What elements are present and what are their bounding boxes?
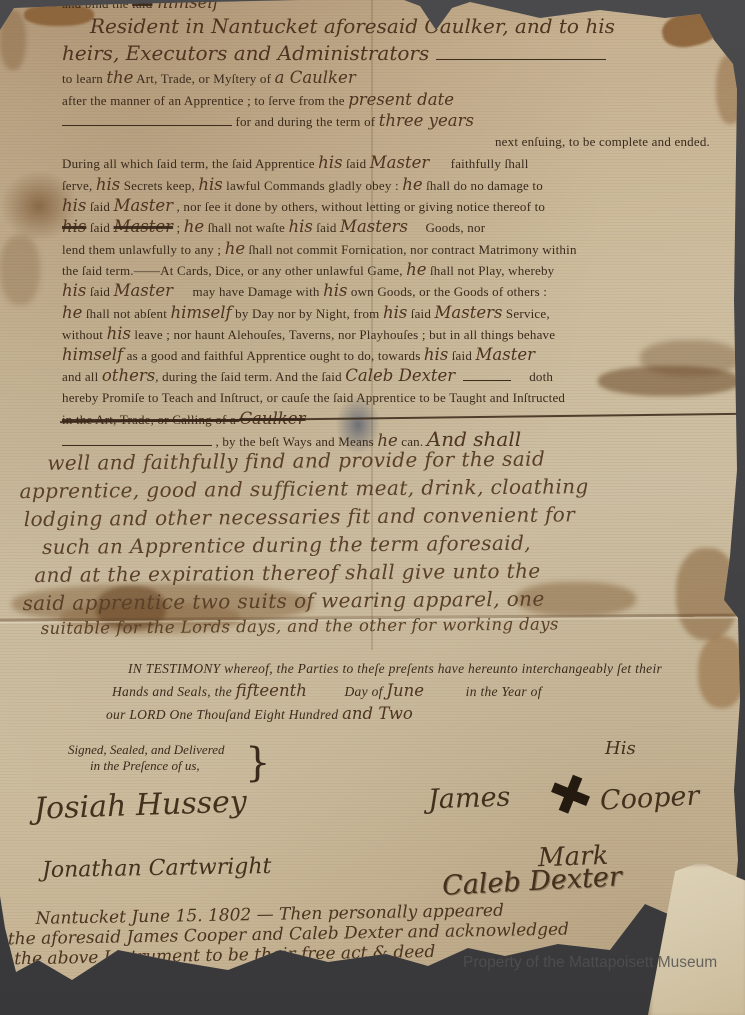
indenture-body: and bind the ſaid himselfResident in Nan… bbox=[62, 0, 722, 451]
handwritten-text: Master bbox=[370, 153, 429, 172]
indenture-line: his ſaid Master , nor ſee it done by oth… bbox=[62, 195, 722, 216]
printed-italic-text: our LORD One Thouſand Eight Hundred bbox=[106, 707, 342, 722]
spacing-gap bbox=[429, 167, 447, 168]
blank-rule bbox=[463, 370, 511, 381]
printed-text: may have Damage with bbox=[189, 284, 323, 299]
printed-text: without bbox=[62, 327, 107, 342]
handwritten-text: and Two bbox=[342, 704, 413, 723]
printed-italic-text: IN TESTIMONY whereof, the Parties to the… bbox=[128, 661, 662, 676]
printed-italic-text: in the Year of bbox=[462, 684, 542, 699]
handwritten-text: his bbox=[107, 324, 131, 343]
indenture-line: Resident in Nantucket aforesaid Caulker,… bbox=[62, 13, 722, 40]
printed-text: leave ; nor haunt Alehouſes, Taverns, no… bbox=[131, 327, 555, 342]
handwritten-text: he bbox=[184, 217, 204, 236]
spacing-gap bbox=[307, 695, 341, 696]
printed-italic-text: Hands and Seals, the bbox=[112, 684, 236, 699]
printed-text: ſhall not commit Fornication, nor contra… bbox=[245, 242, 577, 257]
blank-rule bbox=[436, 49, 606, 60]
printed-text: own Goods, or the Goods of others : bbox=[347, 284, 547, 299]
witness-attestation: Signed, Sealed, and Delivered in the Pre… bbox=[68, 742, 225, 774]
indenture-line: without his leave ; nor haunt Alehouſes,… bbox=[62, 323, 722, 344]
handwritten-text: he bbox=[406, 260, 426, 279]
indenture-line: himself as a good and faithful Apprentic… bbox=[62, 344, 722, 365]
printed-text: lend them unlawfully to any ; bbox=[62, 242, 225, 257]
indenture-line: lend them unlawfully to any ; he ſhall n… bbox=[62, 238, 722, 259]
printed-text: ſaid bbox=[313, 220, 340, 235]
handwritten-text: his bbox=[62, 281, 86, 300]
testimony-clause: IN TESTIMONY whereof, the Parties to the… bbox=[100, 658, 700, 725]
printed-text: ſhall not abſent bbox=[82, 306, 170, 321]
testimony-line: our LORD One Thouſand Eight Hundred and … bbox=[100, 703, 700, 725]
signature-james: James bbox=[427, 782, 510, 816]
handwritten-text: he bbox=[402, 175, 422, 194]
document-paper: and bind the ſaid himselfResident in Nan… bbox=[0, 0, 745, 1015]
handwritten-text-large: Resident in Nantucket aforesaid Caulker,… bbox=[90, 14, 615, 38]
scanned-document-view: and bind the ſaid himselfResident in Nan… bbox=[0, 0, 745, 1015]
blank-rule bbox=[62, 435, 212, 446]
witness-attestation-line1: Signed, Sealed, and Delivered bbox=[68, 742, 225, 758]
handwritten-text: his bbox=[288, 217, 312, 236]
indenture-line: next enſuing, to be complete and ended. bbox=[62, 131, 710, 152]
handwritten-text: Master bbox=[114, 281, 173, 300]
indenture-line: to learn the Art, Trade, or Myſtery of a… bbox=[62, 67, 722, 88]
printed-text: ſaid bbox=[86, 284, 113, 299]
printed-text: by Day nor by Night, from bbox=[232, 306, 383, 321]
handwritten-text: present date bbox=[348, 90, 454, 109]
handwritten-text-struck: Master bbox=[114, 217, 173, 236]
printed-text: Service, bbox=[502, 306, 549, 321]
indenture-line: and bind the ſaid himself bbox=[62, 0, 722, 13]
printed-text: ſaid bbox=[86, 199, 113, 214]
indenture-line: for and during the term of three years bbox=[62, 110, 722, 131]
printed-text: During all which ſaid term, the ſaid App… bbox=[62, 156, 318, 171]
printed-italic-text: Day of bbox=[341, 684, 387, 699]
indenture-line: after the manner of an Apprentice ; to ſ… bbox=[62, 89, 722, 110]
spacing-gap bbox=[424, 695, 462, 696]
printed-text: for and during the term of bbox=[232, 114, 379, 129]
signature-cooper: Cooper bbox=[599, 780, 700, 816]
his-mark-label-top: His bbox=[605, 738, 636, 759]
attestation-brace: } bbox=[245, 740, 270, 786]
handwritten-text: Masters bbox=[435, 303, 503, 322]
handwritten-text: the bbox=[106, 68, 133, 87]
handwritten-text: three years bbox=[379, 111, 474, 130]
printed-text: and all bbox=[62, 369, 102, 384]
printed-text: next enſuing, to be complete and ended. bbox=[495, 134, 710, 149]
signature-witness-jonathan: Jonathan Cartwright bbox=[42, 854, 272, 883]
indenture-line: the ſaid term.——At Cards, Dice, or any o… bbox=[62, 259, 722, 280]
handwritten-text: his bbox=[318, 153, 342, 172]
handwritten-text: Master bbox=[114, 196, 173, 215]
handwritten-text: his bbox=[424, 345, 448, 364]
printed-text: to learn bbox=[62, 71, 106, 86]
handwritten-text: Master bbox=[476, 345, 535, 364]
indenture-line: hereby Promiſe to Teach and Inſtruct, or… bbox=[62, 387, 722, 408]
printed-text: ſhall not waſte bbox=[204, 220, 288, 235]
handwritten-text-struck: his bbox=[62, 217, 86, 236]
printed-text: , during the ſaid term. And the ſaid bbox=[155, 369, 345, 384]
printed-text: ſhall do no damage to bbox=[423, 178, 543, 193]
printed-text: doth bbox=[529, 369, 553, 384]
testimony-line: IN TESTIMONY whereof, the Parties to the… bbox=[100, 658, 700, 680]
printed-text: after the manner of an Apprentice ; to ſ… bbox=[62, 93, 348, 108]
printed-text: ſaid bbox=[86, 220, 113, 235]
handwritten-text: June bbox=[386, 681, 424, 700]
printed-text: hereby Promiſe to Teach and Inſtruct, or… bbox=[62, 390, 565, 405]
handwritten-text-large: heirs, Executors and Administrators bbox=[62, 41, 436, 65]
printed-text: faithfully ſhall bbox=[447, 156, 528, 171]
printed-text: ſhall not Play, whereby bbox=[427, 263, 555, 278]
handwritten-text: his bbox=[62, 196, 86, 215]
indenture-line: in the Art, Trade, or Calling of a Caulk… bbox=[62, 408, 722, 429]
printed-text: Goods, nor bbox=[422, 220, 485, 235]
museum-watermark: Property of the Mattapoisett Museum bbox=[463, 954, 717, 972]
spacing-gap bbox=[173, 295, 189, 296]
handwritten-text: himself bbox=[171, 303, 232, 322]
handwritten-text: himself bbox=[62, 345, 123, 364]
printed-text: and bind the bbox=[62, 0, 132, 11]
handwritten-text: his bbox=[96, 175, 120, 194]
printed-text: ſaid bbox=[407, 306, 434, 321]
handwritten-text: his bbox=[323, 281, 347, 300]
printed-text-struck: in the Art, Trade, or Calling of a bbox=[62, 412, 239, 427]
printed-text: lawful Commands gladly obey : bbox=[223, 178, 403, 193]
handwritten-text: he bbox=[62, 303, 82, 322]
printed-text-struck: ſaid bbox=[132, 0, 152, 11]
indenture-line: and all others, during the ſaid term. An… bbox=[62, 365, 722, 386]
handwritten-text: himself bbox=[152, 0, 218, 12]
spacing-gap bbox=[408, 231, 422, 232]
indenture-line: his ſaid Master may have Damage with his… bbox=[62, 280, 722, 301]
indenture-line: heirs, Executors and Administrators bbox=[62, 40, 722, 67]
indenture-line: his ſaid Master ; he ſhall not waſte his… bbox=[62, 216, 722, 237]
printed-text: ſaid bbox=[343, 156, 370, 171]
handwritten-text: a Caulker bbox=[275, 68, 356, 87]
printed-text: ſerve, bbox=[62, 178, 96, 193]
printed-text: Art, Trade, or Myſtery of bbox=[133, 71, 274, 86]
spacing-gap bbox=[455, 380, 463, 381]
printed-text: Secrets keep, bbox=[120, 178, 198, 193]
indenture-line: he ſhall not abſent himself by Day nor b… bbox=[62, 302, 722, 323]
acknowledgment-block: Nantucket June 15. 1802 — Then personall… bbox=[7, 897, 740, 990]
handwritten-text: others bbox=[102, 366, 155, 385]
handwritten-text: fifteenth bbox=[236, 681, 307, 700]
witness-attestation-line2: in the Preſence of us, bbox=[68, 758, 225, 774]
printed-text: , nor ſee it done by others, without let… bbox=[173, 199, 545, 214]
handwritten-text: Caleb Dexter bbox=[345, 366, 455, 385]
indenture-line: During all which ſaid term, the ſaid App… bbox=[62, 152, 722, 173]
printed-text: ſaid bbox=[448, 348, 475, 363]
signature-witness-josiah-hussey: Josiah Hussey bbox=[33, 784, 247, 826]
indenture-line: ſerve, his Secrets keep, his lawful Comm… bbox=[62, 174, 722, 195]
testimony-line: Hands and Seals, the fifteenth Day of Ju… bbox=[100, 680, 700, 702]
handwritten-text: his bbox=[198, 175, 222, 194]
printed-text: as a good and faithful Apprentice ought … bbox=[123, 348, 424, 363]
handwritten-text: his bbox=[383, 303, 407, 322]
spacing-gap bbox=[511, 380, 529, 381]
handwritten-text: he bbox=[225, 239, 245, 258]
blank-rule bbox=[62, 115, 232, 126]
printed-text: ; bbox=[173, 220, 184, 235]
handwritten-text: Masters bbox=[340, 217, 408, 236]
handwritten-text-struck: Caulker bbox=[239, 409, 305, 428]
handwritten-provision-block: well and faithfully find and provide for… bbox=[19, 443, 741, 641]
printed-text: the ſaid term.——At Cards, Dice, or any o… bbox=[62, 263, 406, 278]
